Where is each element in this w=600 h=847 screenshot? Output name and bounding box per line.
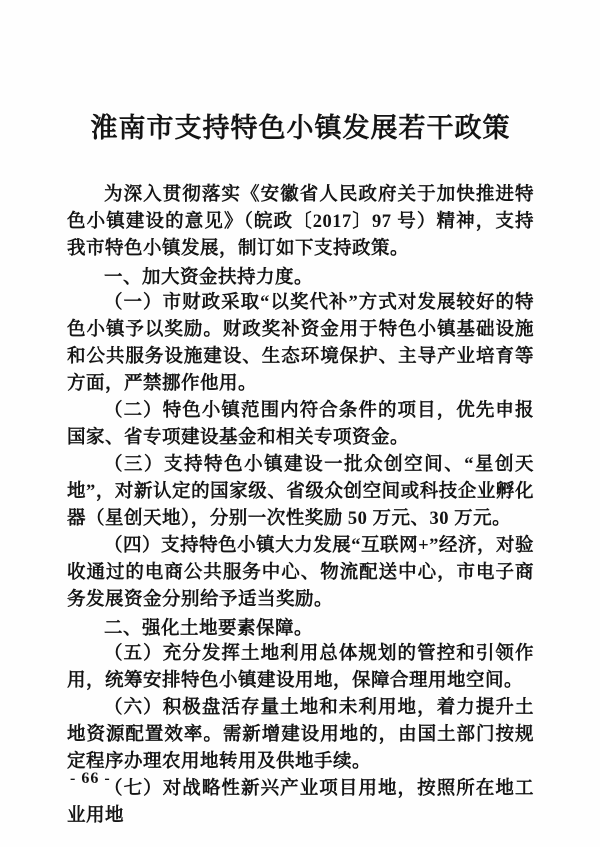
clause-2-paragraph: （二）特色小镇范围内符合条件的项目，优先申报国家、省专项建设基金和相关专项资金。 [67,398,534,452]
document-body: 为深入贯彻落实《安徽省人民政府关于加快推进特色小镇建设的意见》（皖政〔2017〕… [67,182,534,830]
intro-paragraph: 为深入贯彻落实《安徽省人民政府关于加快推进特色小镇建设的意见》（皖政〔2017〕… [67,182,534,263]
section-1-heading: 一、加大资金扶持力度。 [67,263,534,290]
document-title: 淮南市支持特色小镇发展若干政策 [67,112,534,145]
section-2-heading: 二、强化土地要素保障。 [67,614,534,641]
clause-1-paragraph: （一）市财政采取“以奖代补”方式对发展较好的特色小镇予以奖励。财政奖补资金用于特… [67,290,534,398]
document-page: 淮南市支持特色小镇发展若干政策 为深入贯彻落实《安徽省人民政府关于加快推进特色小… [0,0,600,847]
clause-6-paragraph: （六）积极盘活存量土地和未利用地，着力提升土地资源配置效率。需新增建设用地的，由… [67,695,534,776]
clause-4-paragraph: （四）支持特色小镇大力发展“互联网+”经济，对验收通过的电商公共服务中心、物流配… [67,533,534,614]
clause-5-paragraph: （五）充分发挥土地利用总体规划的管控和引领作用，统筹安排特色小镇建设用地，保障合… [67,641,534,695]
page-number: - 66 - [70,770,111,788]
document-content: 淮南市支持特色小镇发展若干政策 为深入贯彻落实《安徽省人民政府关于加快推进特色小… [67,112,534,830]
clause-7-paragraph: （七）对战略性新兴产业项目用地，按照所在地工业用地 [67,776,534,830]
clause-3-paragraph: （三）支持特色小镇建设一批众创空间、“星创天地”，对新认定的国家级、省级众创空间… [67,452,534,533]
